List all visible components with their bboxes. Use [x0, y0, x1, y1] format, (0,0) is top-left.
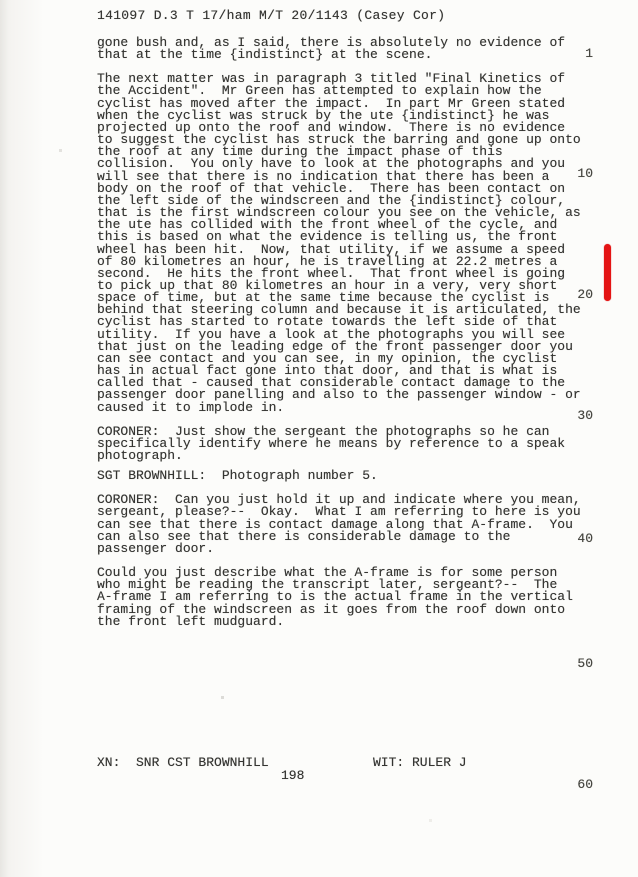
witness-label: WIT:: [373, 755, 404, 770]
line-number-20: 20: [548, 288, 593, 301]
transcript-body: gone bush and, as I said, there is absol…: [97, 37, 589, 640]
examiner-name: SNR CST BROWNHILL: [136, 755, 269, 770]
paragraph-coroner-1: CORONER: Just show the sergeant the phot…: [97, 426, 589, 462]
paragraph-witness-answer-1: gone bush and, as I said, there is absol…: [97, 37, 589, 61]
line-number-30: 30: [548, 409, 593, 422]
witness-name: RULER J: [412, 755, 467, 770]
line-number-60: 60: [548, 778, 593, 791]
paragraph-witness-answer-2: The next matter was in paragraph 3 title…: [97, 73, 589, 413]
line-number-50: 50: [548, 657, 593, 670]
scan-edge-shading: [0, 0, 46, 877]
document-header: 141097 D.3 T 17/ham M/T 20/1143 (Casey C…: [97, 8, 445, 23]
paragraph-aframe-question: Could you just describe what the A-frame…: [97, 567, 589, 628]
line-number-1: 1: [548, 47, 593, 60]
line-number-10: 10: [548, 167, 593, 180]
scan-speckles: [0, 0, 1, 1]
page-number: 198: [281, 768, 304, 783]
paragraph-coroner-2: CORONER: Can you just hold it up and ind…: [97, 494, 589, 555]
scanned-transcript-page: 141097 D.3 T 17/ham M/T 20/1143 (Casey C…: [0, 0, 638, 877]
red-highlight-mark: [604, 244, 611, 301]
paragraph-sgt-brownhill: SGT BROWNHILL: Photograph number 5.: [97, 470, 589, 482]
line-number-40: 40: [548, 532, 593, 545]
examination-label: XN:: [97, 755, 120, 770]
